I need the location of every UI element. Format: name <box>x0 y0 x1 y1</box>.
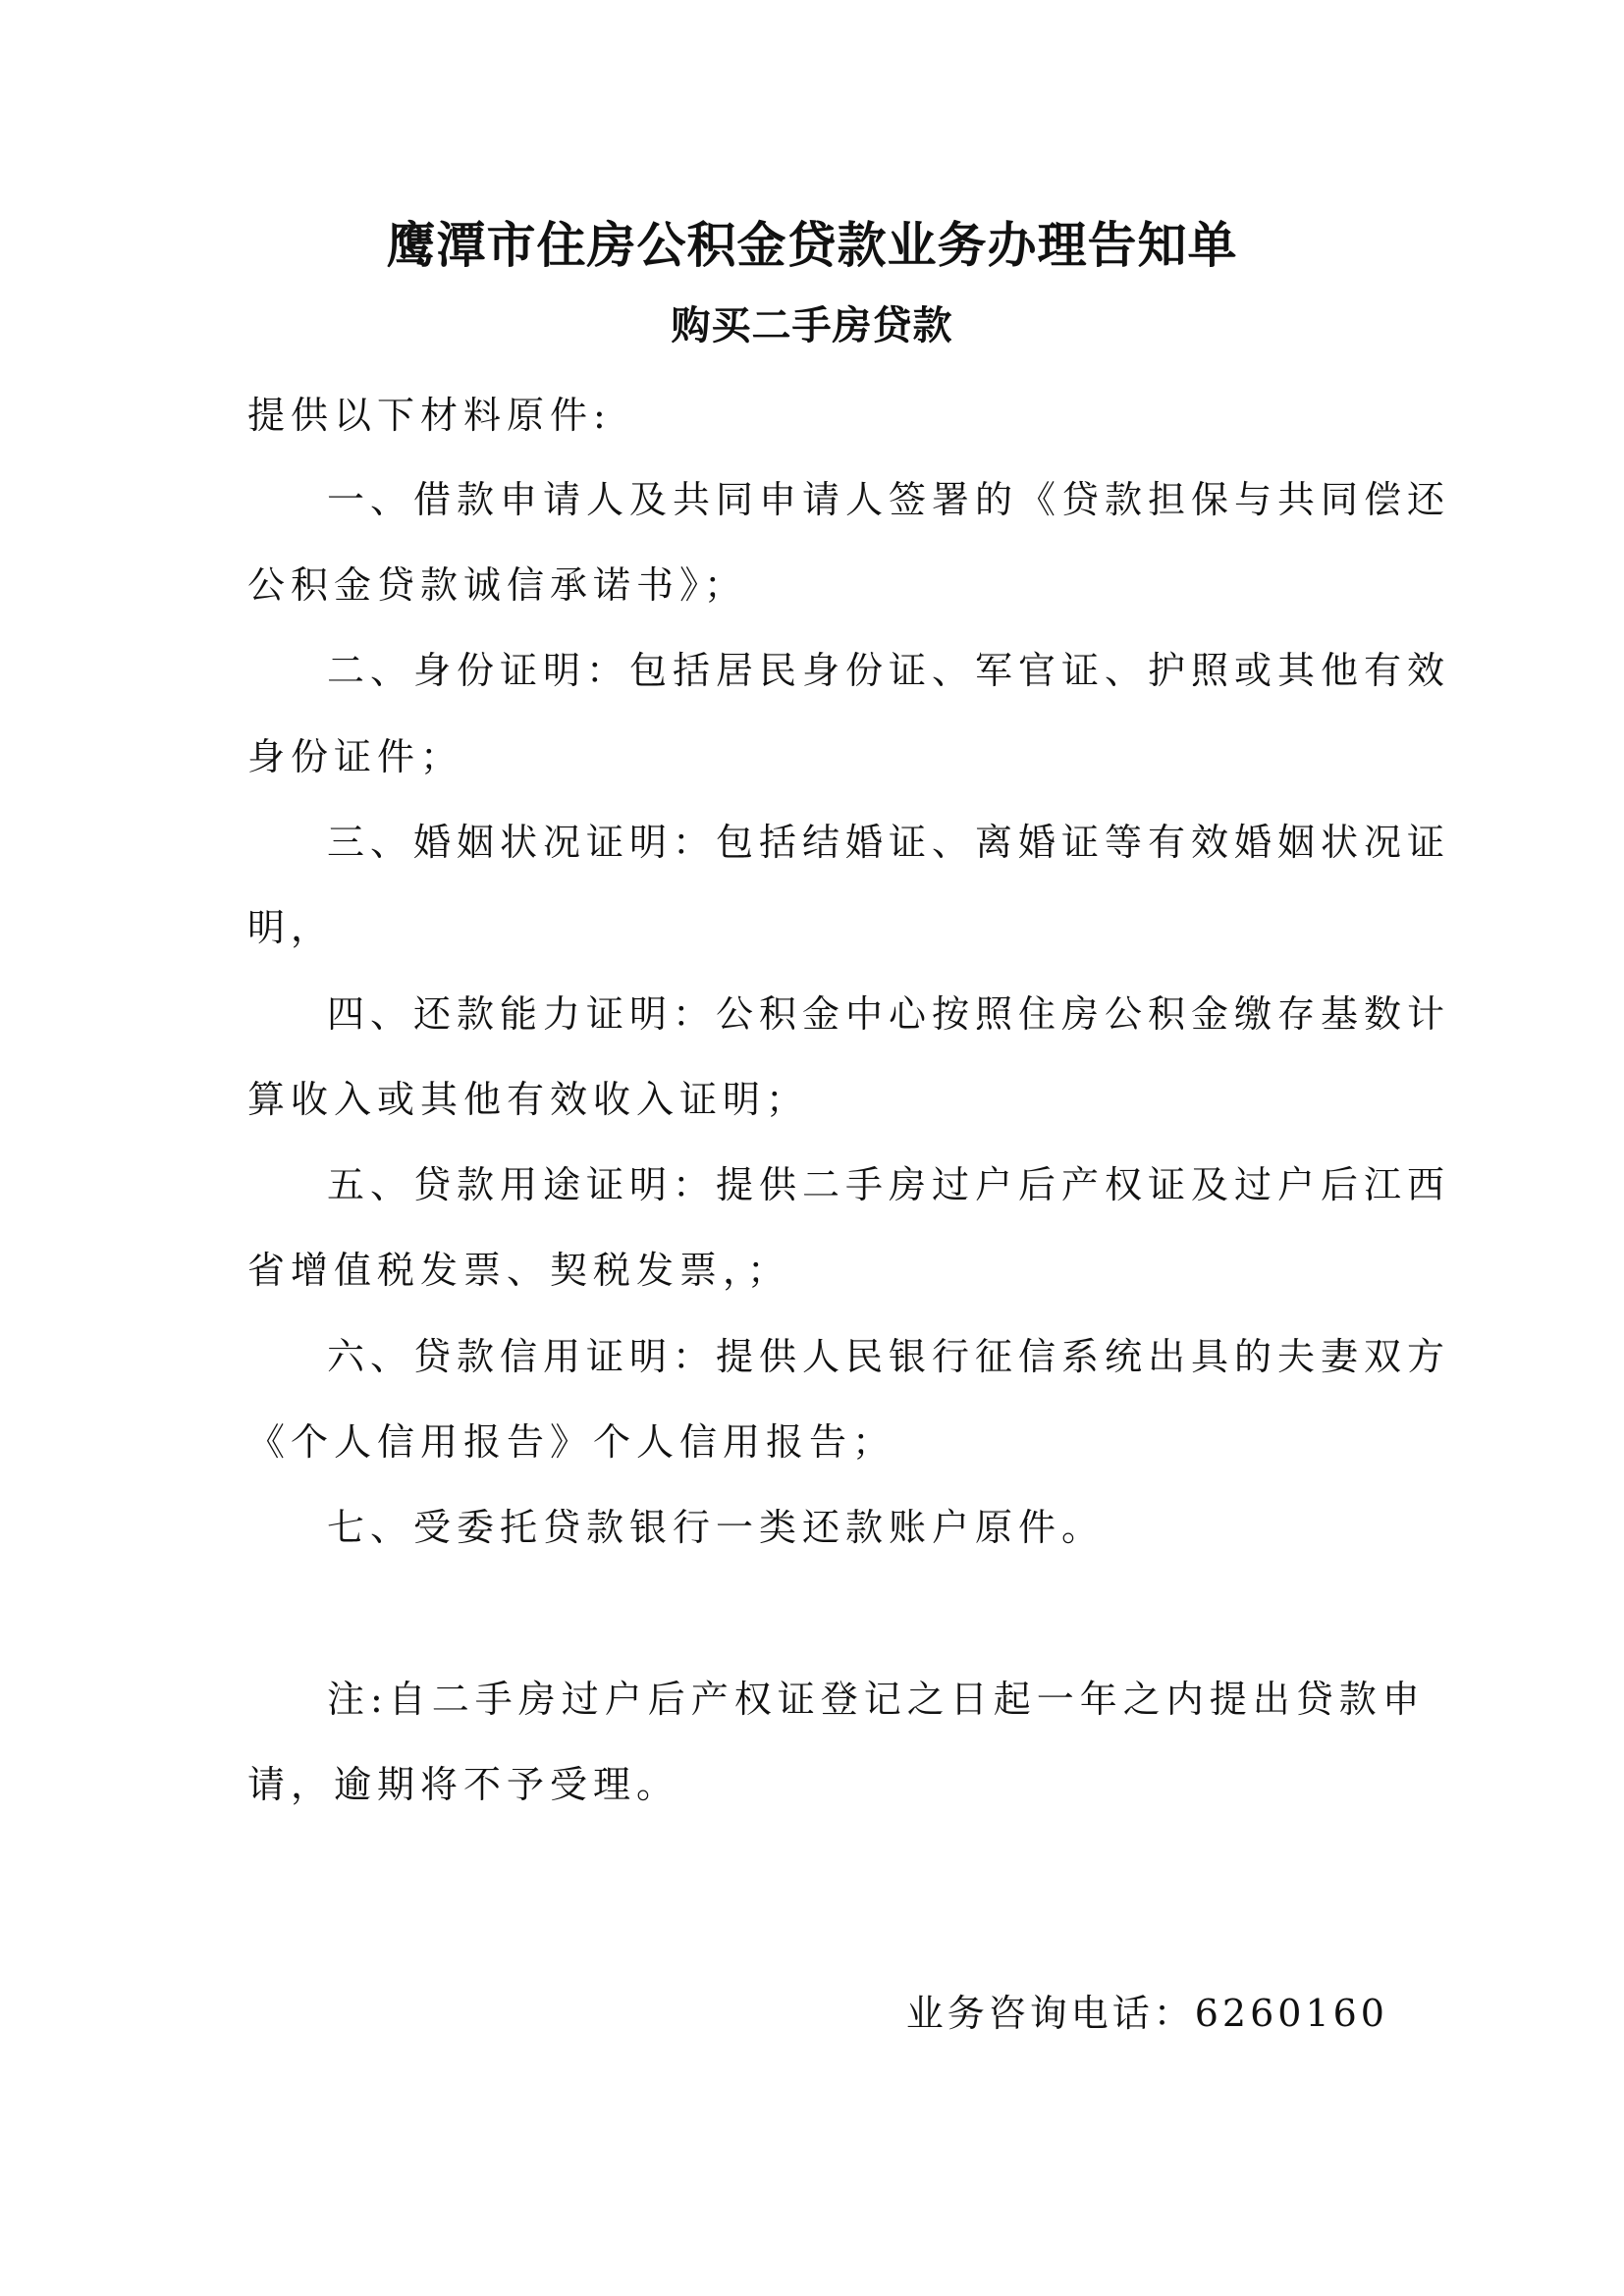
item-3-line-1: 三、婚姻状况证明：包括结婚证、离婚证等有效婚姻状况证 <box>327 812 1466 866</box>
item-1-line-2: 公积金贷款诚信承诺书》； <box>247 555 1386 609</box>
item-2-line-2: 身份证件； <box>247 726 1386 780</box>
item-6-line-1: 六、贷款信用证明：提供人民银行征信系统出具的夫妻双方 <box>327 1326 1466 1380</box>
item-1-line-1: 一、借款申请人及共同申请人签署的《贷款担保与共同偿还 <box>327 469 1466 523</box>
item-7-line-1: 七、受委托贷款银行一类还款账户原件。 <box>327 1497 1466 1551</box>
item-5-line-1: 五、贷款用途证明：提供二手房过户后产权证及过户后江西 <box>327 1154 1466 1208</box>
document-title: 鹰潭市住房公积金贷款业务办理告知单 <box>0 206 1624 277</box>
intro-text: 提供以下材料原件: <box>247 385 1386 439</box>
document-page: 鹰潭市住房公积金贷款业务办理告知单 购买二手房贷款 提供以下材料原件: 一、借款… <box>0 0 1624 2296</box>
item-6-line-2: 《个人信用报告》个人信用报告； <box>247 1412 1386 1466</box>
note-line-1: 注:自二手房过户后产权证登记之日起一年之内提出贷款申 <box>327 1669 1466 1723</box>
item-4-line-2: 算收入或其他有效收入证明； <box>247 1069 1386 1123</box>
item-4-line-1: 四、还款能力证明：公积金中心按照住房公积金缴存基数计 <box>327 984 1466 1038</box>
item-3-line-2: 明， <box>247 897 1386 951</box>
document-subtitle: 购买二手房贷款 <box>0 294 1624 350</box>
item-5-line-2: 省增值税发票、契税发票，； <box>247 1240 1386 1294</box>
contact-phone: 业务咨询电话：6260160 <box>906 1983 1388 2037</box>
note-line-2: 请，逾期将不予受理。 <box>247 1754 1386 1808</box>
item-2-line-1: 二、身份证明：包括居民身份证、军官证、护照或其他有效 <box>327 640 1466 694</box>
